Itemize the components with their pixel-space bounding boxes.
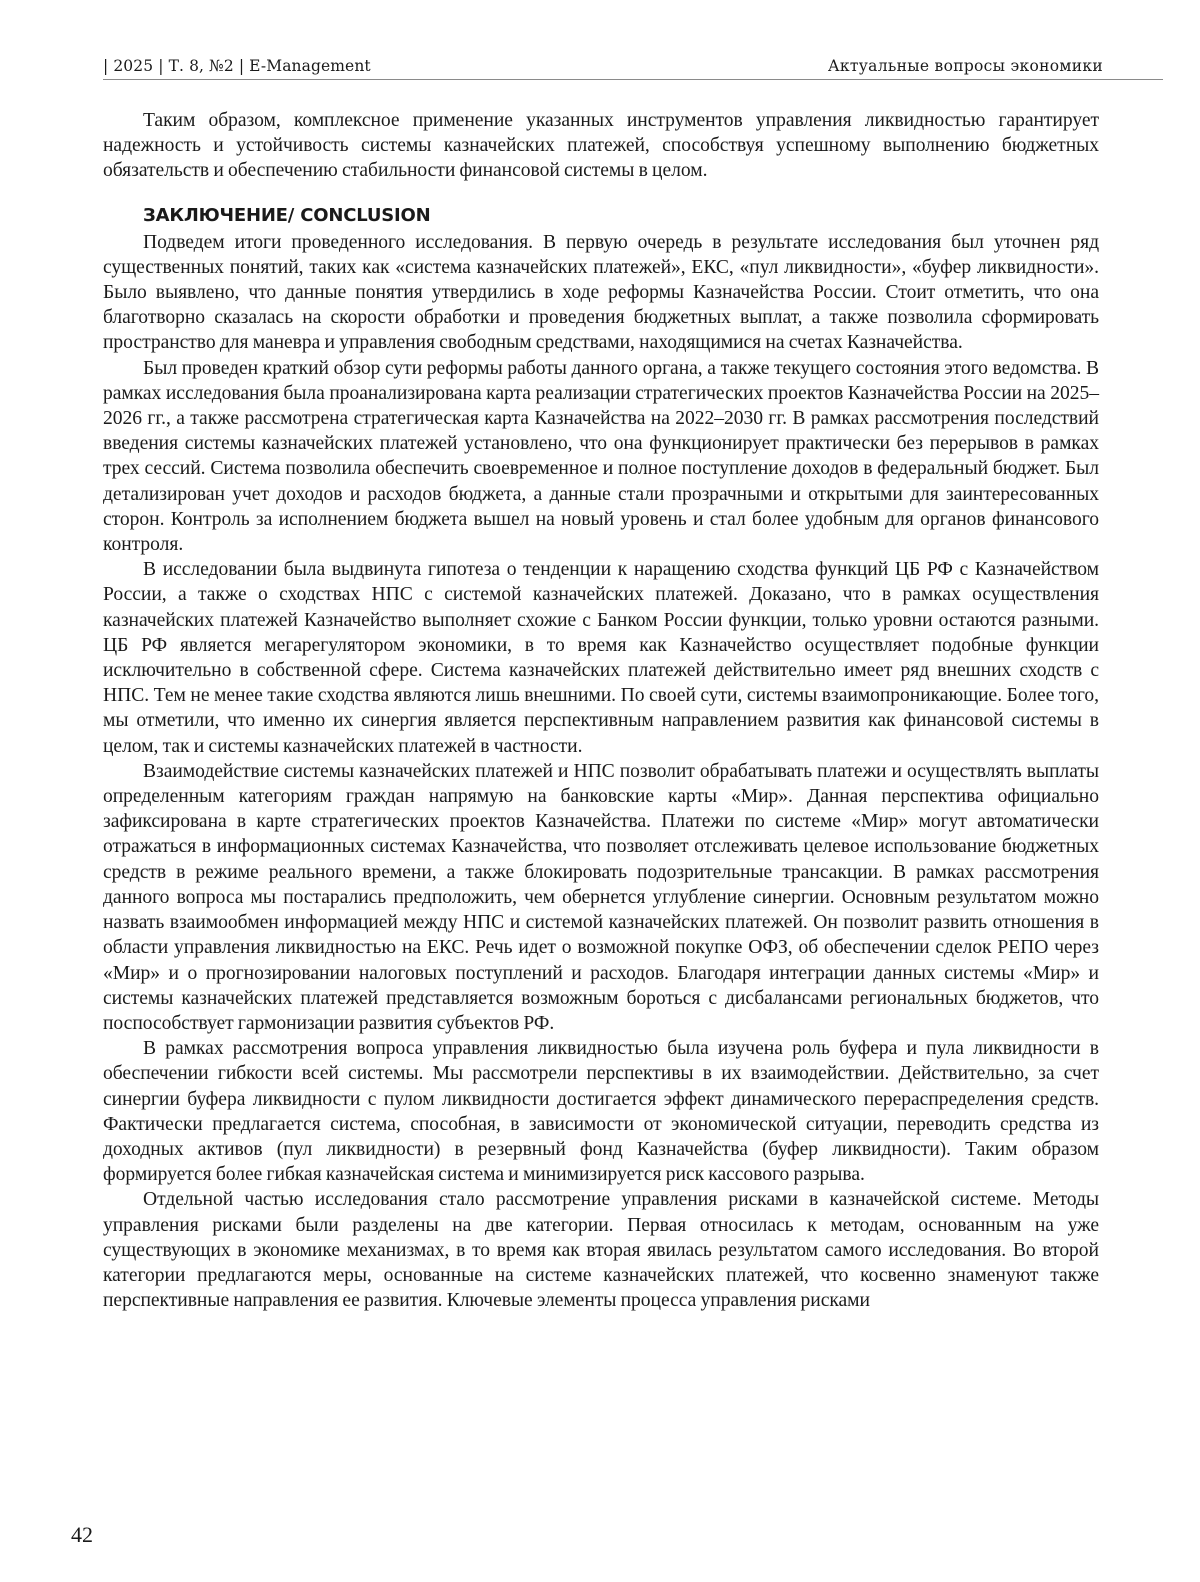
- section-title: Актуальные вопросы экономики: [828, 55, 1103, 77]
- body-paragraph: Подведем итоги проведенного исследования…: [103, 230, 1099, 356]
- running-header: | 2025 | Т. 8, №2 | E-Management Актуаль…: [103, 55, 1163, 80]
- section-heading: ЗАКЛЮЧЕНИЕ/ CONCLUSION: [143, 204, 1099, 228]
- body-paragraph: В исследовании была выдвинута гипотеза о…: [103, 557, 1099, 759]
- body-paragraph: Был проведен краткий обзор сути реформы …: [103, 356, 1099, 558]
- page-body: Таким образом, комплексное применение ук…: [103, 108, 1099, 1313]
- body-paragraph: Отдельной частью исследования стало расс…: [103, 1187, 1099, 1313]
- page-number: 42: [71, 1522, 93, 1548]
- intro-paragraph: Таким образом, комплексное применение ук…: [103, 108, 1099, 184]
- journal-info: | 2025 | Т. 8, №2 | E-Management: [103, 55, 371, 77]
- body-paragraph: В рамках рассмотрения вопроса управления…: [103, 1036, 1099, 1187]
- body-paragraph: Взаимодействие системы казначейских плат…: [103, 759, 1099, 1036]
